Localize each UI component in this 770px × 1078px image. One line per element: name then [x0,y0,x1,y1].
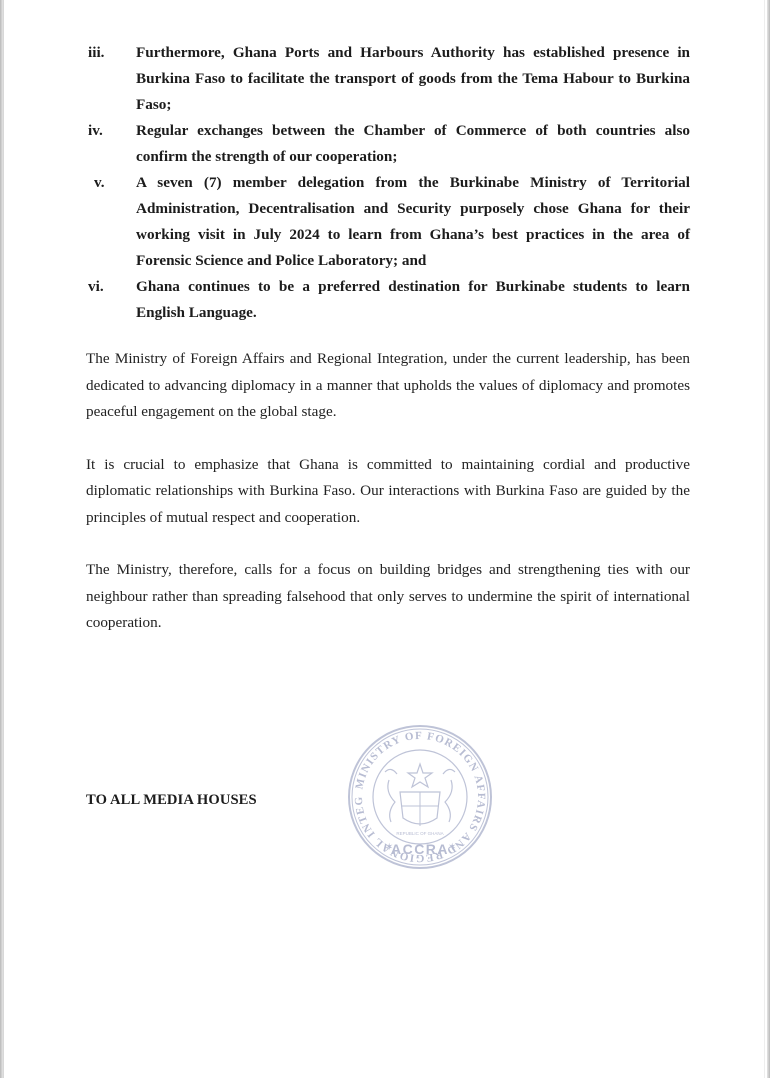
paragraph-cordial-relations: It is crucial to emphasize that Ghana is… [86,452,690,532]
list-item-text: Furthermore, Ghana Ports and Harbours Au… [136,44,690,113]
document-page: iii. Furthermore, Ghana Ports and Harbou… [86,40,690,637]
svg-text:✶: ✶ [385,842,393,853]
list-marker: vi. [88,274,128,300]
list-item-text: Ghana continues to be a preferred destin… [136,278,690,321]
list-item: vi. Ghana continues to be a preferred de… [86,274,690,326]
page-edge-right-line [764,0,765,1078]
signoff-recipients: TO ALL MEDIA HOUSES [86,792,257,809]
list-item: v. A seven (7) member delegation from th… [86,170,690,274]
list-item: iii. Furthermore, Ghana Ports and Harbou… [86,40,690,118]
list-item: iv. Regular exchanges between the Chambe… [86,118,690,170]
list-marker: iii. [88,40,128,66]
page-edge-left-line [3,0,4,1078]
list-marker: v. [94,170,134,196]
list-marker: iv. [88,118,128,144]
seal-bottom-text: ACCRA [391,841,449,857]
numbered-list: iii. Furthermore, Ghana Ports and Harbou… [86,40,690,326]
list-item-text: A seven (7) member delegation from the B… [136,174,690,269]
official-seal-icon: MINISTRY OF FOREIGN AFFAIRS AND REGIONAL… [345,722,495,872]
seal-inner-caption: REPUBLIC OF GHANA [396,831,443,836]
paragraph-ministry-dedication: The Ministry of Foreign Affairs and Regi… [86,346,690,426]
paragraph-call-to-action: The Ministry, therefore, calls for a foc… [86,557,690,637]
list-item-text: Regular exchanges between the Chamber of… [136,122,690,165]
svg-text:✶: ✶ [448,842,456,853]
